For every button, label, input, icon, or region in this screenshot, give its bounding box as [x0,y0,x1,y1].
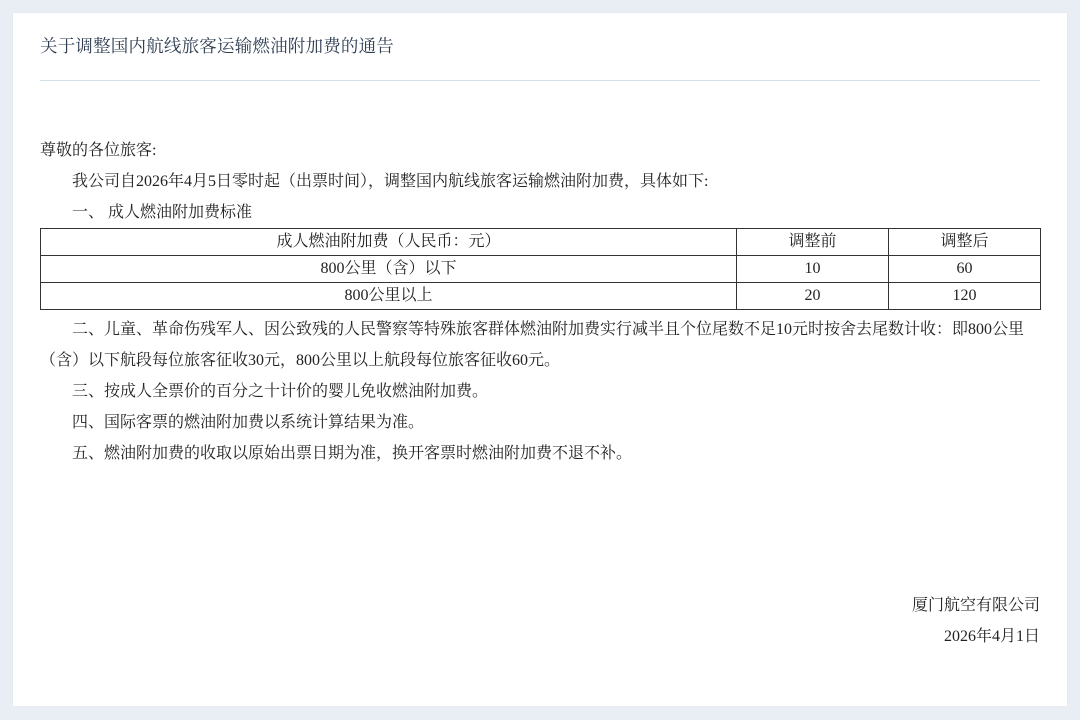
greeting: 尊敬的各位旅客: [40,138,1040,169]
section1-heading: 一、 成人燃油附加费标准 [40,200,1040,231]
company-name: 厦门航空有限公司 [912,593,1040,624]
signature-block: 厦门航空有限公司 2026年4月1日 [912,593,1040,655]
notice-card: 关于调整国内航线旅客运输燃油附加费的通告 尊敬的各位旅客: 我公司自2026年4… [13,13,1067,706]
section4-paragraph: 四、国际客票的燃油附加费以系统计算结果为准。 [40,410,1040,441]
section5-paragraph: 五、燃油附加费的收取以原始出票日期为准，换开客票时燃油附加费不退不补。 [40,441,1040,472]
notice-body: 尊敬的各位旅客: 我公司自2026年4月5日零时起（出票时间），调整国内航线旅客… [40,138,1040,472]
table-cell-after: 120 [889,283,1041,310]
table-row: 800公里（含）以下 10 60 [41,256,1041,283]
table-header-cell: 调整后 [889,229,1041,256]
table-cell-after: 60 [889,256,1041,283]
table-cell-distance: 800公里以上 [41,283,737,310]
table-header-cell: 调整前 [737,229,889,256]
intro-paragraph: 我公司自2026年4月5日零时起（出票时间），调整国内航线旅客运输燃油附加费，具… [40,169,1040,200]
section2-paragraph: 二、儿童、革命伤残军人、因公致残的人民警察等特殊旅客群体燃油附加费实行减半且个位… [40,314,1040,376]
fuel-surcharge-table: 成人燃油附加费（人民币：元） 调整前 调整后 800公里（含）以下 10 60 … [40,228,1041,310]
title-divider [40,80,1040,81]
table-cell-before: 20 [737,283,889,310]
section3-paragraph: 三、按成人全票价的百分之十计价的婴儿免收燃油附加费。 [40,379,1040,410]
table-row: 800公里以上 20 120 [41,283,1041,310]
table-cell-distance: 800公里（含）以下 [41,256,737,283]
table-cell-before: 10 [737,256,889,283]
table-header-cell: 成人燃油附加费（人民币：元） [41,229,737,256]
page-title: 关于调整国内航线旅客运输燃油附加费的通告 [40,35,394,59]
table-header-row: 成人燃油附加费（人民币：元） 调整前 调整后 [41,229,1041,256]
section2-text: 二、儿童、革命伤残军人、因公致残的人民警察等特殊旅客群体燃油附加费实行减半且个位… [40,314,1040,376]
notice-date: 2026年4月1日 [912,624,1040,655]
